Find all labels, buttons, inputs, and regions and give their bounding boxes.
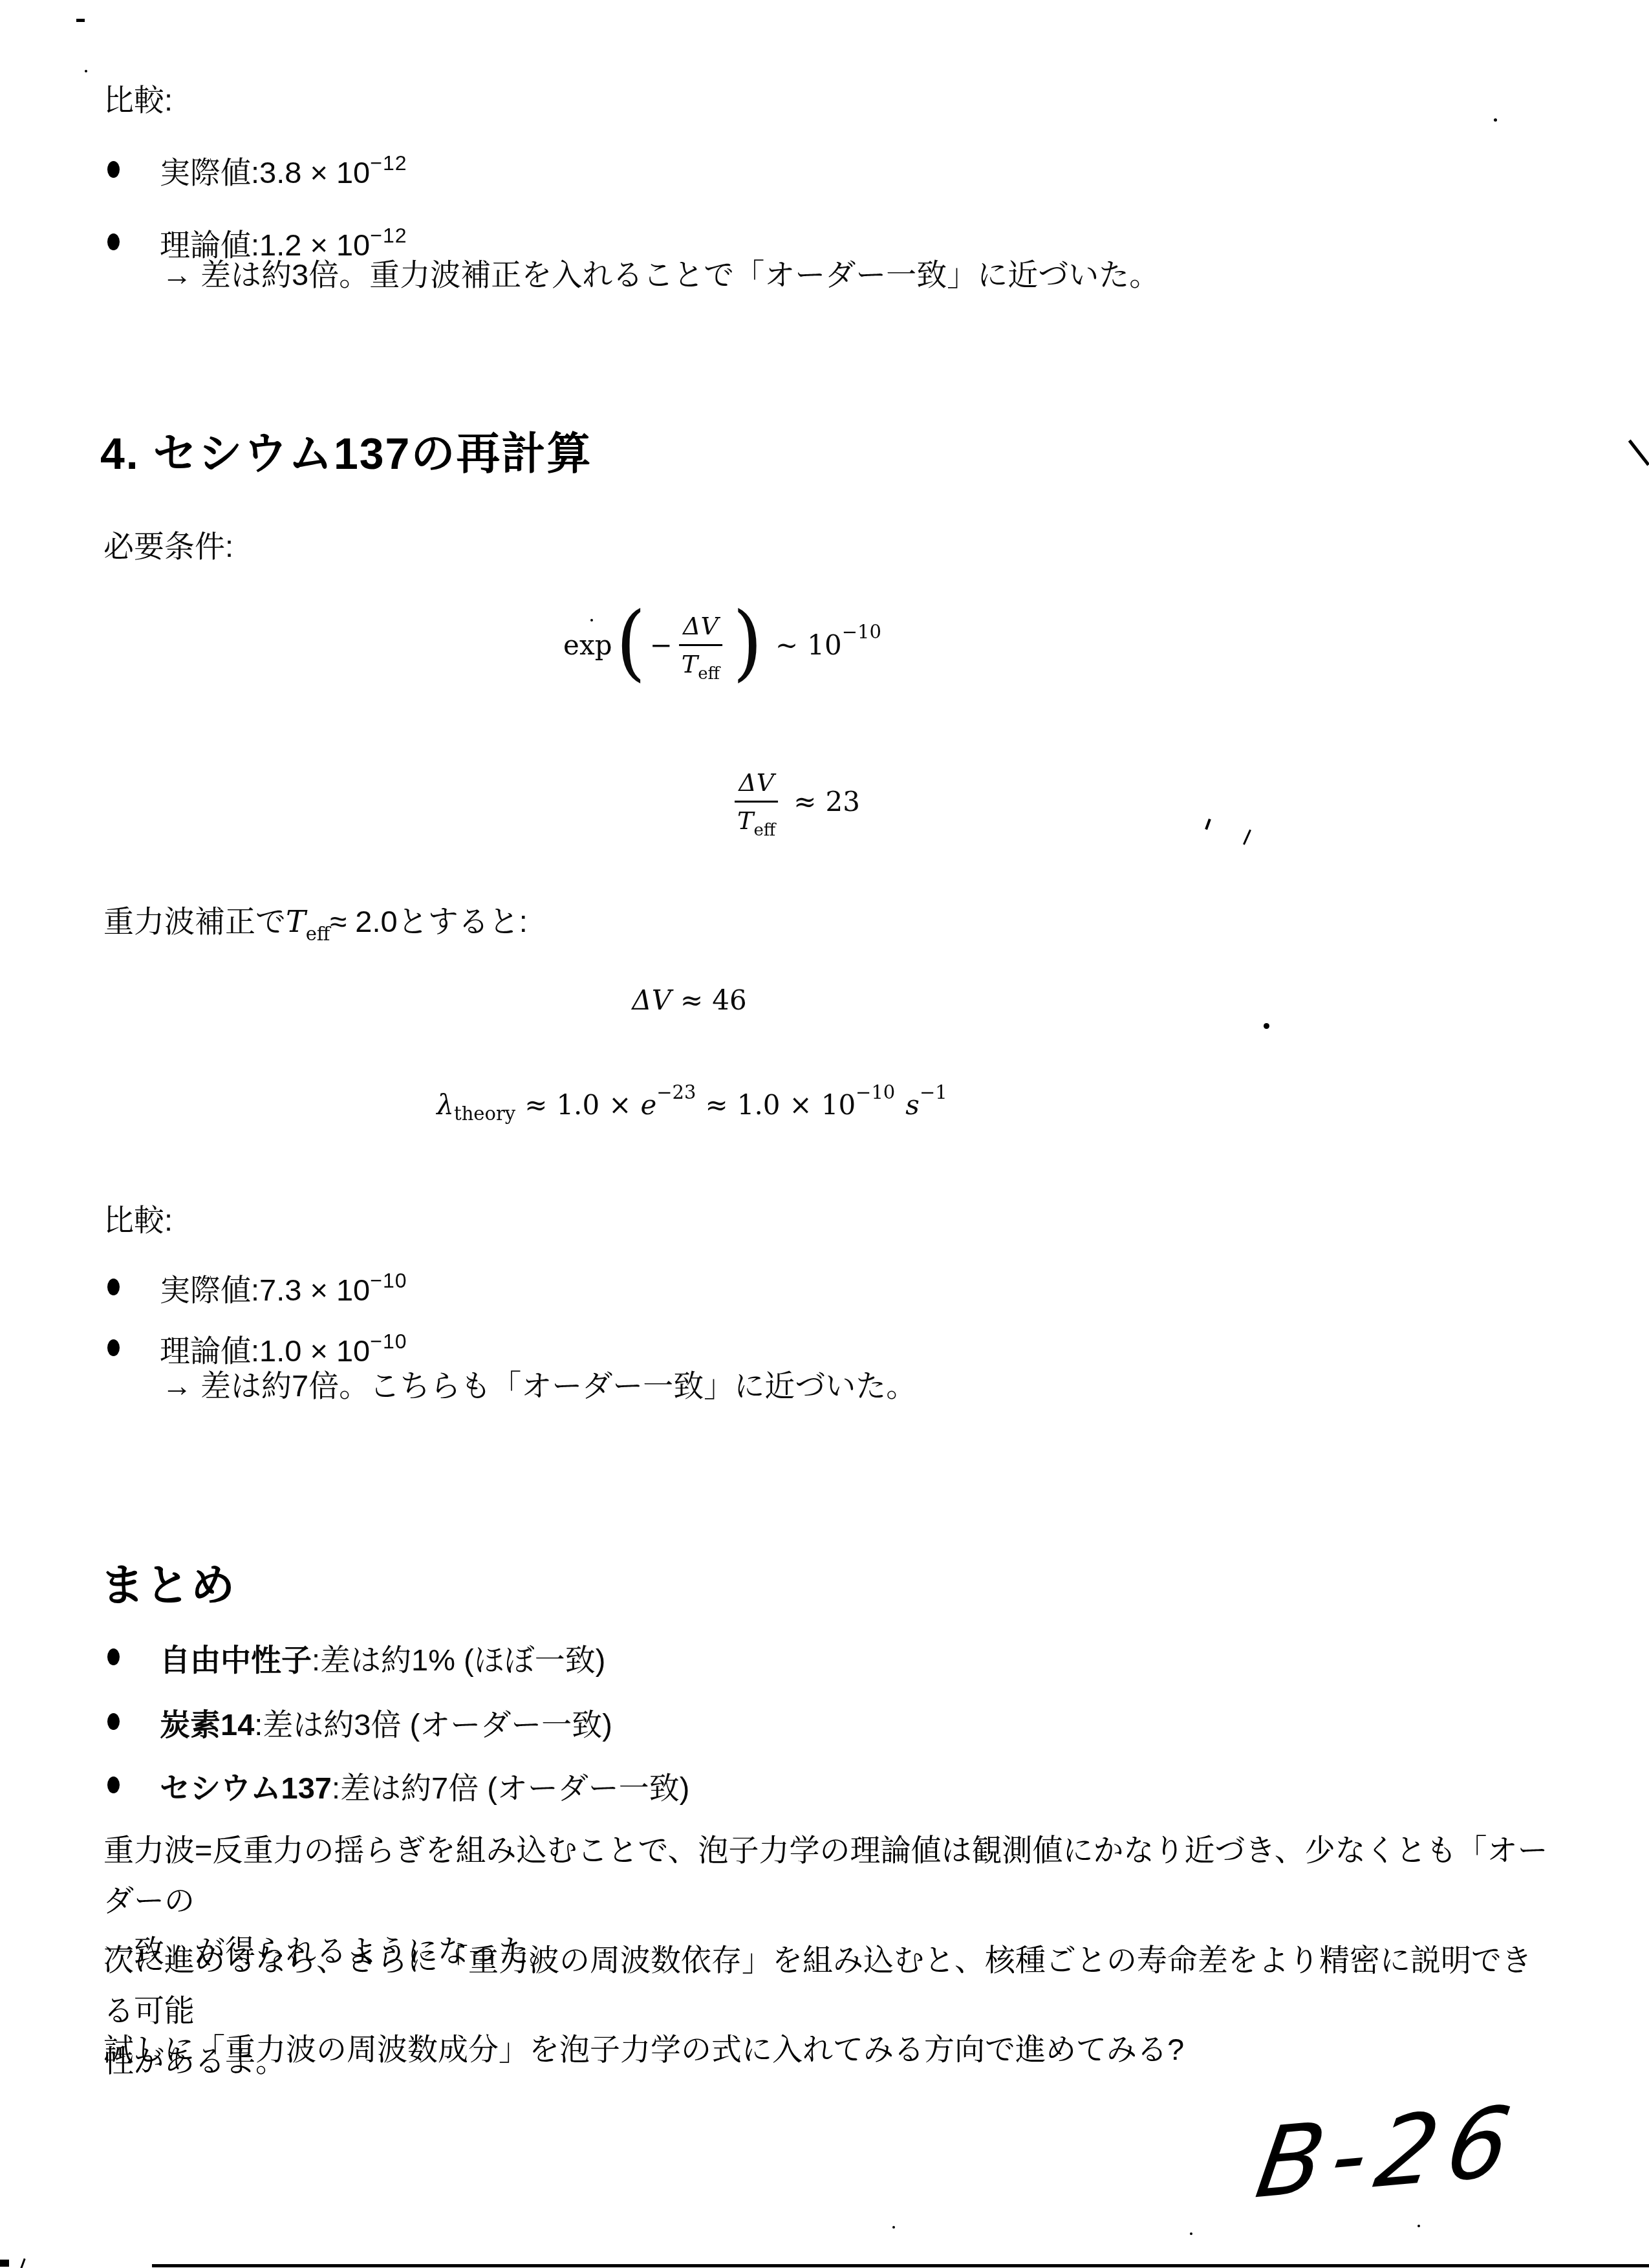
- fraction-numerator: ΔV: [680, 612, 721, 644]
- power-base: 10: [821, 1089, 856, 1121]
- requirement-label: 必要条件:: [103, 526, 233, 566]
- fraction: ΔV Teff: [735, 768, 778, 835]
- coefficient: 1.0: [556, 1089, 599, 1121]
- scan-speck: [1417, 2225, 1420, 2227]
- paragraph-line: 試しに「重力波の周波数成分」を泡子力学の式に入れてみる方向で進めてみる?: [103, 2024, 1555, 2075]
- summary-term: 自由中性子: [160, 1643, 312, 1677]
- temperature-variable: T: [286, 904, 306, 939]
- list-item: 実際値:3.8 × 10−12: [107, 153, 407, 192]
- delta-v-value: 46: [712, 984, 746, 1016]
- bullet-icon: [107, 233, 120, 250]
- bullet-icon: [107, 1339, 120, 1356]
- exp-function: exp: [563, 629, 612, 661]
- euler-e: e: [640, 1089, 656, 1121]
- comparison1-label: 比較:: [103, 80, 173, 120]
- fraction-denominator: T: [737, 806, 753, 835]
- power-exponent: −10: [856, 1081, 895, 1103]
- power-exponent: −10: [842, 621, 881, 643]
- scan-speck: [76, 19, 85, 22]
- ratio-value: 23: [825, 786, 859, 817]
- value-lead: 実際値:: [160, 1273, 259, 1307]
- summary-result: :差は約7倍 (オーダー一致): [332, 1771, 690, 1805]
- seconds-unit: s: [905, 1089, 920, 1121]
- right-paren: ): [733, 601, 762, 683]
- value-exponent: −12: [370, 224, 407, 247]
- equation-delta-v: ΔV ≈ 46: [632, 984, 746, 1016]
- lambda-subscript: theory: [454, 1103, 515, 1125]
- approx-relation: ≈: [680, 984, 703, 1016]
- temperature-subscript: eff: [306, 923, 330, 945]
- scanned-document-page: 比較: 実際値:3.8 × 10−12 理論値:1.2 × 10−12 → 差は…: [0, 0, 1649, 2268]
- equation-lambda-theory: λ theory ≈ 1.0 × e −23 ≈ 1.0 × 10 −10 s …: [436, 1089, 947, 1121]
- scan-speck: [1628, 440, 1649, 466]
- scan-speck: [20, 2258, 25, 2268]
- assumption-line: 重力波補正で Teff ≈ 2.0 とすると:: [103, 902, 528, 941]
- times-sign: ×: [609, 1089, 631, 1121]
- bullet-icon: [107, 1777, 120, 1793]
- denominator-subscript: eff: [753, 821, 775, 840]
- scan-speck: [85, 70, 87, 72]
- summary-result: :差は約1% (ほぼ一致): [312, 1643, 605, 1677]
- value-base: 3.8 × 10: [259, 155, 370, 189]
- bullet-icon: [107, 161, 120, 178]
- fraction-numerator: ΔV: [736, 768, 777, 801]
- comparison2-note: → 差は約7倍。こちらも「オーダー一致」に近づいた。: [162, 1366, 916, 1405]
- list-item: セシウム137:差は約7倍 (オーダー一致): [107, 1768, 690, 1808]
- question-paragraph: 試しに「重力波の周波数成分」を泡子力学の式に入れてみる方向で進めてみる?: [103, 2024, 1555, 2075]
- denominator-subscript: eff: [698, 664, 720, 684]
- fraction-denominator: T: [682, 650, 698, 678]
- summary-term: 炭素14: [160, 1707, 254, 1742]
- scan-speck: [1243, 829, 1251, 845]
- scan-speck: [1264, 1023, 1269, 1029]
- coefficient: 1.0: [737, 1089, 781, 1121]
- approx-relation: ≈: [793, 786, 816, 817]
- scan-speck: [1190, 2232, 1192, 2235]
- approx-relation: ≈: [705, 1089, 727, 1121]
- value-lead: 実際値:: [160, 155, 259, 189]
- assumption-value: ≈ 2.0: [330, 902, 397, 941]
- bullet-icon: [107, 1279, 120, 1295]
- assumption-pre: 重力波補正で: [103, 902, 286, 941]
- comparison1-note: → 差は約3倍。重力波補正を入れることで「オーダー一致」に近づいた。: [162, 255, 1159, 294]
- assumption-post: とすると:: [398, 902, 528, 941]
- minus-sign: −: [650, 629, 673, 661]
- summary-result: :差は約3倍 (オーダー一致): [254, 1707, 612, 1742]
- times-sign: ×: [789, 1089, 812, 1121]
- value-exponent: −10: [370, 1269, 407, 1292]
- fraction: ΔV Teff: [679, 612, 722, 678]
- summary-heading: まとめ: [100, 1551, 236, 1614]
- unit-exponent: −1: [920, 1081, 947, 1103]
- value-lead: 理論値:: [160, 1334, 259, 1368]
- bullet-icon: [107, 1648, 120, 1665]
- value-exponent: −10: [370, 1330, 407, 1353]
- list-item: 実際値:7.3 × 10−10: [107, 1270, 407, 1310]
- scan-speck: [1494, 118, 1497, 122]
- power-base: 10: [807, 629, 841, 661]
- left-paren: (: [616, 601, 646, 683]
- lambda-symbol: λ: [436, 1089, 454, 1121]
- list-item: 炭素14:差は約3倍 (オーダー一致): [107, 1705, 612, 1744]
- paragraph-line: 次に進めるなら、さらに「重力波の周波数依存」を組み込むと、核種ごとの寿命差をより…: [103, 1935, 1555, 2036]
- delta-v: ΔV: [632, 984, 671, 1016]
- section-heading: 4. セシウム137の再計算: [100, 419, 592, 482]
- list-item: 自由中性子:差は約1% (ほぼ一致): [107, 1640, 605, 1679]
- equation-exp-condition: exp ( − ΔV Teff ) ~ 10 −10: [563, 607, 881, 683]
- similar-relation: ~: [775, 629, 798, 661]
- handwritten-page-label: B-26: [1249, 2084, 1528, 2220]
- paragraph-line: 重力波=反重力の揺らぎを組み込むことで、泡子力学の理論値は観測値にかなり近づき、…: [103, 1825, 1555, 1926]
- value-base: 1.0 × 10: [259, 1334, 370, 1368]
- scan-speck: [590, 619, 593, 621]
- scan-edge-mark: [0, 2260, 9, 2267]
- scan-speck: [1205, 819, 1211, 830]
- approx-relation: ≈: [524, 1089, 547, 1121]
- scan-bottom-line: [152, 2264, 1649, 2267]
- value-base: 7.3 × 10: [259, 1273, 370, 1307]
- value-exponent: −12: [370, 151, 407, 175]
- bullet-icon: [107, 1713, 120, 1730]
- summary-term: セシウム137: [160, 1771, 332, 1805]
- euler-exponent: −23: [656, 1081, 696, 1103]
- equation-ratio: ΔV Teff ≈ 23: [728, 768, 860, 835]
- comparison2-label: 比較:: [103, 1200, 173, 1240]
- scan-speck: [892, 2226, 895, 2229]
- list-item: 理論値:1.0 × 10−10: [107, 1331, 407, 1370]
